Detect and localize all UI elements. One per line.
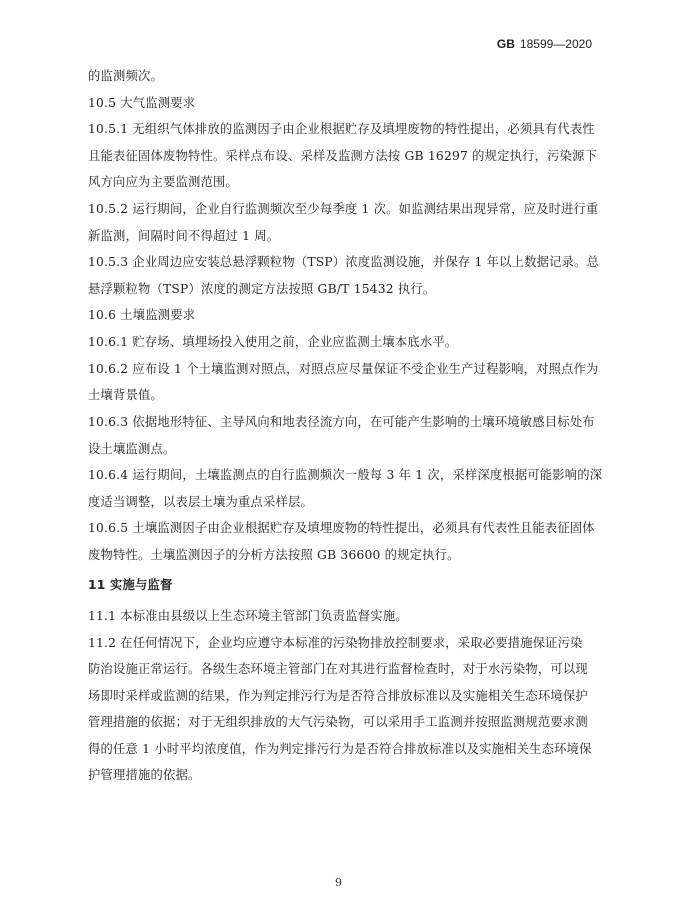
paragraph-line: 得的任意 1 小时平均浓度值，作为判定排污行为是否符合排放标准以及实施相关生态环… <box>88 741 592 757</box>
paragraph-line: 场即时采样或监测的结果，作为判定排污行为是否符合排放标准以及实施相关生态环境保护 <box>88 688 588 704</box>
paragraph-line: 10.6.5 土壤监测因子由企业根据贮存及填埋废物的特性提出，必须具有代表性且能… <box>88 520 595 536</box>
paragraph-line: 10.5.1 无组织气体排放的监测因子由企业根据贮存及填埋废物的特性提出，必须具… <box>88 121 595 137</box>
paragraph-line: 10.5.2 运行期间，企业自行监测频次至少每季度 1 次。如监测结果出现异常，… <box>88 201 599 217</box>
paragraph-line: 悬浮颗粒物（TSP）浓度的测定方法按照 GB/T 15432 执行。 <box>88 281 435 297</box>
paragraph-line: 度适当调整，以表层土壤为重点采样层。 <box>88 494 313 510</box>
paragraph-line: 土壤背景值。 <box>88 387 163 403</box>
paragraph-line: 11.2 在任何情况下，企业均应遵守本标准的污染物排放控制要求，采取必要措施保证… <box>88 635 583 651</box>
paragraph-line: 10.6.2 应布设 1 个土壤监测对照点，对照点应尽量保证不受企业生产过程影响… <box>88 361 599 377</box>
paragraph-line: 管理措施的依据；对于无组织排放的大气污染物，可以采用手工监测并按照监测规范要求测 <box>88 714 588 730</box>
paragraph-line: 10.6 土壤监测要求 <box>88 307 195 323</box>
paragraph-line: 新监测，间隔时间不得超过 1 周。 <box>88 228 279 244</box>
paragraph-line: 10.5 大气监测要求 <box>88 95 195 111</box>
paragraph-line: 防治设施正常运行。各级生态环境主管部门在对其进行监督检查时，对于水污染物，可以现 <box>88 661 588 677</box>
paragraph-line: 且能表征固体废物特性。采样点布设、采样及监测方法按 GB 16297 的规定执行… <box>88 148 597 164</box>
paragraph-line: 护管理措施的依据。 <box>88 767 200 783</box>
paragraph-line: 10.6.3 依据地形特征、主导风向和地表径流方向，在可能产生影响的土壤环境敏感… <box>88 414 595 430</box>
paragraph-line: 10.5.3 企业周边应安装总悬浮颗粒物（TSP）浓度监测设施，并保存 1 年以… <box>88 254 599 270</box>
paragraph-line: 废物特性。土壤监测因子的分析方法按照 GB 36600 的规定执行。 <box>88 547 460 563</box>
page-number: 9 <box>0 876 677 889</box>
paragraph-line: 10.6.4 运行期间，土壤监测点的自行监测频次一般每 3 年 1 次，采样深度… <box>88 467 602 483</box>
standard-number: 18599—2020 <box>520 37 592 51</box>
paragraph-line: 设土壤监测点。 <box>88 441 175 457</box>
standard-prefix: GB <box>497 37 515 51</box>
paragraph-line: 11.1 本标准由县级以上生态环境主管部门负责监督实施。 <box>88 608 408 624</box>
paragraph-line: 10.6.1 贮存场、填埋场投入使用之前，企业应监测土壤本底水平。 <box>88 334 457 350</box>
paragraph-line: 风方向应为主要监测范围。 <box>88 174 238 190</box>
section-heading: 11 实施与监督 <box>88 577 172 593</box>
paragraph-line: 的监测频次。 <box>88 68 163 84</box>
standard-number-header: GB18599—2020 <box>497 37 592 51</box>
